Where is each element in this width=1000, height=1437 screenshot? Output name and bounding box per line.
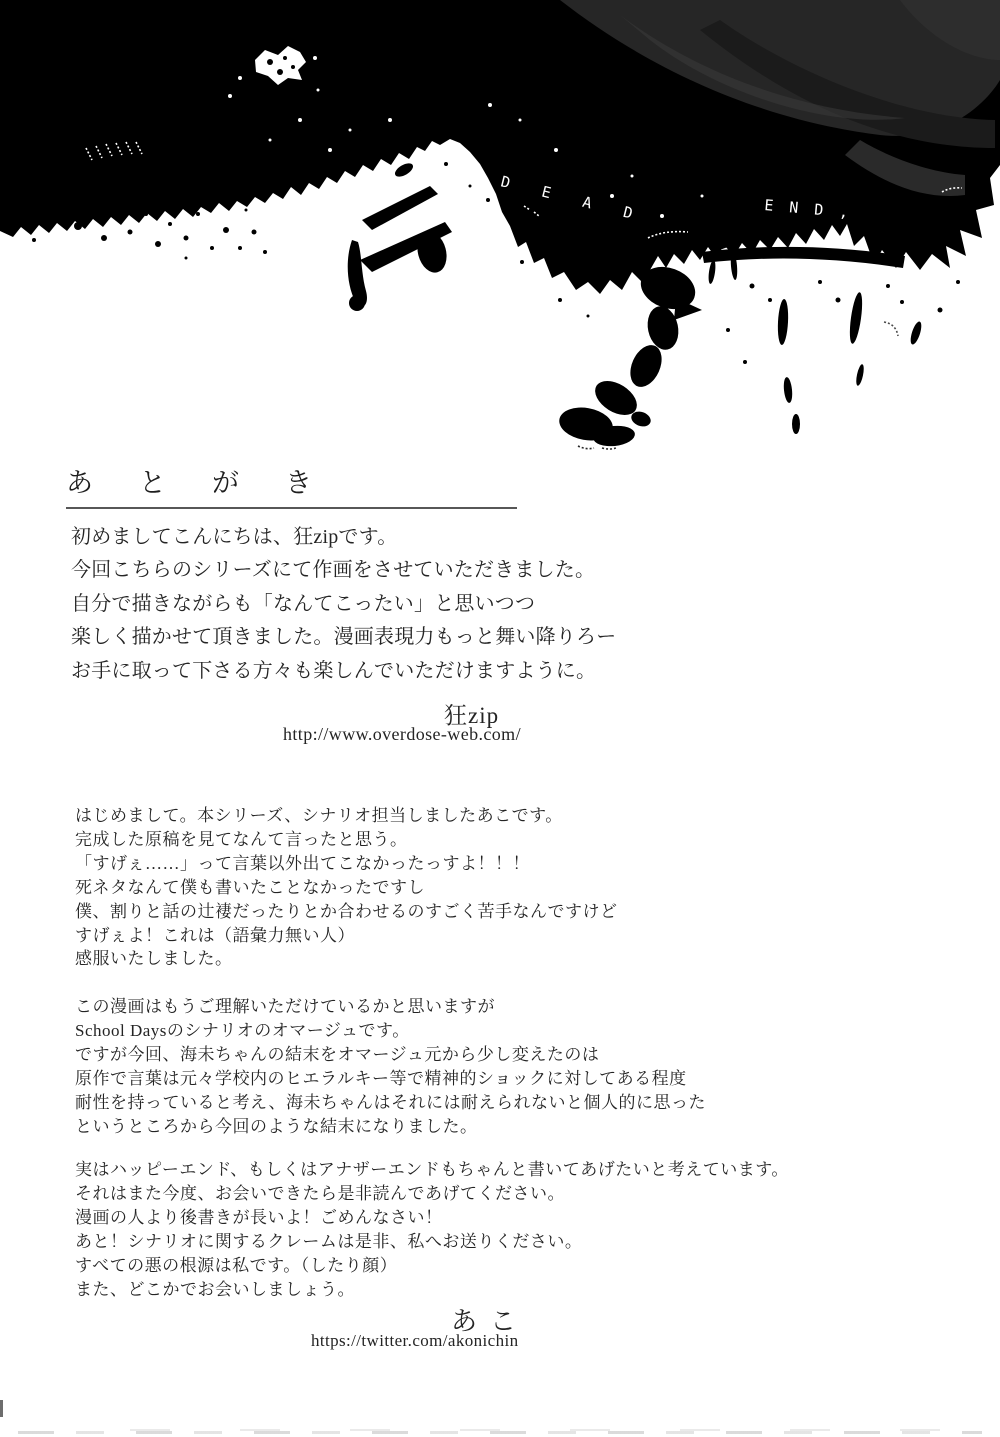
text-line: 原作で言葉は元々学校内のヒエラルキー等で精神的ショックに対してある程度 xyxy=(75,1067,706,1091)
writer-comment-1: はじめまして。本シリーズ、シナリオ担当しましたあこです。 完成した原稿を見てなん… xyxy=(75,804,618,971)
writer-comment-3: 実はハッピーエンド、もしくはアナザーエンドもちゃんと書いてあげたいと考えています… xyxy=(75,1158,789,1301)
text-line: また、どこかでお会いしましょう。 xyxy=(75,1278,789,1302)
text-line: ですが今回、海未ちゃんの結末をオマージュ元から少し変えたのは xyxy=(75,1043,706,1067)
writer-twitter-url: https://twitter.com/akonichin xyxy=(311,1331,519,1351)
text-line: 実はハッピーエンド、もしくはアナザーエンドもちゃんと書いてあげたいと考えています… xyxy=(75,1158,789,1182)
scan-edge-artifact xyxy=(18,1431,982,1434)
text-line: あと！シナリオに関するクレームは是非、私へお送りください。 xyxy=(75,1230,789,1254)
text-line: 完成した原稿を見てなんて言ったと思う。 xyxy=(75,828,618,852)
text-line: 僕、割りと話の辻褄だったりとか合わせるのすごく苦手なんですけど xyxy=(75,900,618,924)
artist-comment: 初めましてこんにちは、狂zipです。 今回こちらのシリーズにて作画をさせていただ… xyxy=(71,521,616,688)
scan-edge-artifact-2 xyxy=(60,1429,940,1431)
text-line: お手に取って下さる方々も楽しんでいただけますように。 xyxy=(71,655,616,688)
writer-comment-2: この漫画はもうご理解いただけているかと思いますが School Daysのシナリ… xyxy=(75,995,706,1138)
ink-droplets xyxy=(707,252,960,434)
scan-nick-artifact xyxy=(0,1400,3,1417)
artist-website-url: http://www.overdose-web.com/ xyxy=(283,724,521,745)
page-title: あとがき xyxy=(66,461,517,509)
text-line: 漫画の人より後書きが長いよ！ごめんなさい！ xyxy=(75,1206,789,1230)
afterword-page: DEAD END, あとがき 初めましてこんにちは、狂zipです。 今回こちらの… xyxy=(0,0,1000,1437)
text-line: School Daysのシナリオのオマージュです。 xyxy=(75,1019,706,1043)
text-line: 耐性を持っていると考え、海未ちゃんはそれには耐えられないと個人的に思った xyxy=(75,1091,706,1115)
text-line: この漫画はもうご理解いただけているかと思いますが xyxy=(75,995,706,1019)
text-line: すげぇよ！これは（語彙力無い人） xyxy=(75,924,618,948)
ink-splatter-artwork: DEAD END, xyxy=(0,0,1000,460)
text-line: はじめまして。本シリーズ、シナリオ担当しましたあこです。 xyxy=(75,804,618,828)
text-line: 自分で描きながらも「なんてこったい」と思いつつ xyxy=(71,588,616,621)
text-line: 初めましてこんにちは、狂zipです。 xyxy=(71,521,616,554)
text-line: 死ネタなんて僕も書いたことなかったですし xyxy=(75,876,618,900)
text-line: 「すげぇ……」って言葉以外出てこなかったっすよ！！！ xyxy=(75,852,618,876)
text-line: すべての悪の根源は私です。（したり顔） xyxy=(75,1254,789,1278)
text-line: というところから今回のような結末になりました。 xyxy=(75,1115,706,1139)
text-line: 感服いたしました。 xyxy=(75,947,618,971)
text-line: それはまた今度、お会いできたら是非読んであげてください。 xyxy=(75,1182,789,1206)
text-line: 楽しく描かせて頂きました。漫画表現力もっと舞い降りろー xyxy=(71,621,616,654)
text-line: 今回こちらのシリーズにて作画をさせていただきました。 xyxy=(71,554,616,587)
ink-streaks-left xyxy=(348,161,452,311)
